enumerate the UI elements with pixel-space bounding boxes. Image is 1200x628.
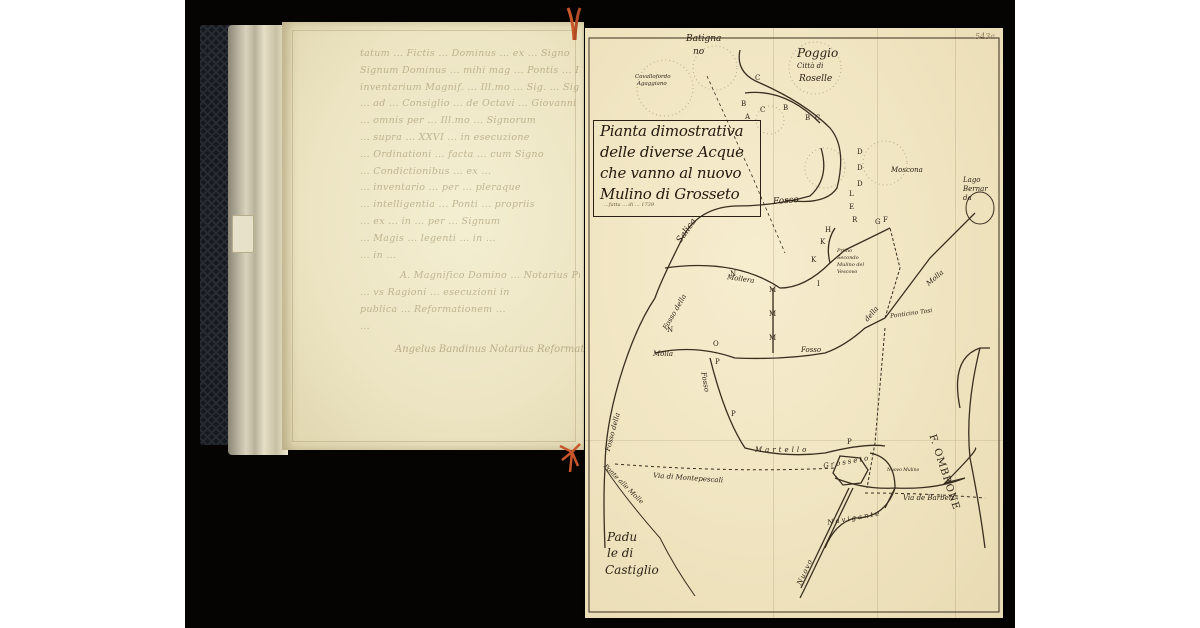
route-letter: D	[857, 180, 863, 188]
text-line: ... ex ... in ... per ... Signum	[360, 214, 580, 231]
route-letter: R	[852, 216, 857, 224]
route-letter: K	[820, 238, 825, 246]
attestation-line: ... vs Ragioni ... esecuzioni in	[360, 285, 580, 302]
route-letter: L	[849, 190, 854, 198]
ribbon-marker-top	[565, 6, 583, 40]
text-line: tatum ... Fictis ... Dominus ... ex ... …	[360, 46, 580, 63]
route-letter: F	[883, 216, 888, 224]
place-roselle: Roselle	[799, 74, 832, 84]
ombrone-bank	[969, 348, 985, 548]
place-agaggiano: Agaggiano	[637, 81, 667, 87]
map-foldout: 543a Pianta dimostrativa delle diverse A…	[585, 28, 1003, 618]
marsh-padule: le di	[607, 546, 633, 560]
bookmark-tab	[232, 215, 254, 253]
place-bernarda: Bernar	[963, 185, 988, 193]
attestation-line: ...	[360, 319, 580, 336]
route-letter: C	[760, 106, 765, 114]
notary-signature: Angelus Bandinus Notarius Reformator	[395, 344, 595, 355]
route-letter: I	[817, 280, 820, 288]
route-letter: H	[825, 226, 831, 234]
route-letter: N	[667, 326, 673, 334]
route-letter: B	[741, 100, 746, 108]
attestation-line: A. Magnifico Domino ... Notarius Publicu…	[360, 268, 580, 285]
route-letter: P	[715, 358, 720, 366]
route-letter: O	[713, 340, 719, 348]
route-letter: C	[815, 114, 820, 122]
place-mulino-vescovo: Secondo	[837, 255, 859, 261]
place-bernarda: da	[963, 194, 972, 202]
route-letter: E	[849, 203, 854, 211]
map-drawing	[585, 28, 1003, 618]
text-line: ... Condictionibus ... ex ...	[360, 164, 580, 181]
text-line: ... Ordinationi ... facta ... cum Signo	[360, 147, 580, 164]
text-line: Signum Dominus ... mihi mag ... Pontis .…	[360, 63, 580, 80]
place-moscona: Moscona	[891, 166, 923, 174]
text-line: ... ad ... Consiglio ... de Octavi ... G…	[360, 96, 580, 113]
left-page-text: tatum ... Fictis ... Dominus ... ex ... …	[360, 46, 580, 336]
waterway-martello: Martello	[755, 446, 809, 454]
route-letter: B	[805, 114, 810, 122]
folio-number: 543a	[975, 32, 995, 41]
ribbon-marker-bottom	[558, 442, 582, 474]
marsh-castiglio: Castiglio	[605, 563, 659, 577]
place-mulino-vescovo: Primo	[837, 248, 852, 254]
map-title-line: che vanno al nuovo	[594, 163, 760, 184]
text-line: ... in ...	[360, 248, 580, 265]
waterway-fosso-mid: Fosso	[801, 346, 821, 354]
place-cavallofordo: Cavallofordo	[635, 74, 671, 80]
route-letter: P	[731, 410, 736, 418]
route-letter: D	[857, 164, 863, 172]
place-batignano: no	[693, 47, 704, 57]
place-citta: Città di	[797, 62, 823, 70]
mill-nuovo-mulino: Nuovo Mulino	[887, 468, 919, 473]
route-letter: M	[769, 286, 776, 294]
map-title-line: Pianta dimostrativa	[594, 121, 760, 142]
text-line: ... omnis per ... Ill.mo ... Signorum	[360, 113, 580, 130]
route-letter: C	[755, 74, 760, 82]
text-line: ... intelligentia ... Ponti ... propriis	[360, 197, 580, 214]
route-letter: M	[769, 310, 776, 318]
route-letter: N	[730, 270, 736, 278]
route-letter: D	[857, 148, 863, 156]
attestation-line: publica ... Reformationem ...	[360, 302, 580, 319]
map-title-cartouche: Pianta dimostrativa delle diverse Acque …	[593, 120, 761, 217]
marsh-padule: Padu	[607, 530, 637, 544]
route-letter: A	[745, 113, 750, 121]
text-line: ... Magis ... legenti ... in ...	[360, 231, 580, 248]
text-line: inventarium Magnif. ... Ill.mo ... Sig. …	[360, 80, 580, 97]
route-letter: P	[847, 438, 852, 446]
waterway-molla: Molla	[653, 350, 673, 358]
place-poggio: Poggio	[797, 46, 838, 60]
text-line: ... inventario ... per ... pleraque	[360, 180, 580, 197]
route-letter: K	[811, 256, 816, 264]
route-letter: G	[875, 218, 881, 226]
place-mulino-vescovo: Mulino del	[837, 262, 864, 268]
map-title-line: delle diverse Acque	[594, 142, 760, 163]
route-letter: B	[783, 104, 788, 112]
place-mulino-vescovo: Vescovo	[837, 269, 857, 275]
route-letter: M	[769, 334, 776, 342]
place-lago: Lago	[963, 176, 981, 184]
place-batignano: Batigna	[686, 34, 721, 44]
text-line: ... supra ... XXVI ... in esecuzione	[360, 130, 580, 147]
